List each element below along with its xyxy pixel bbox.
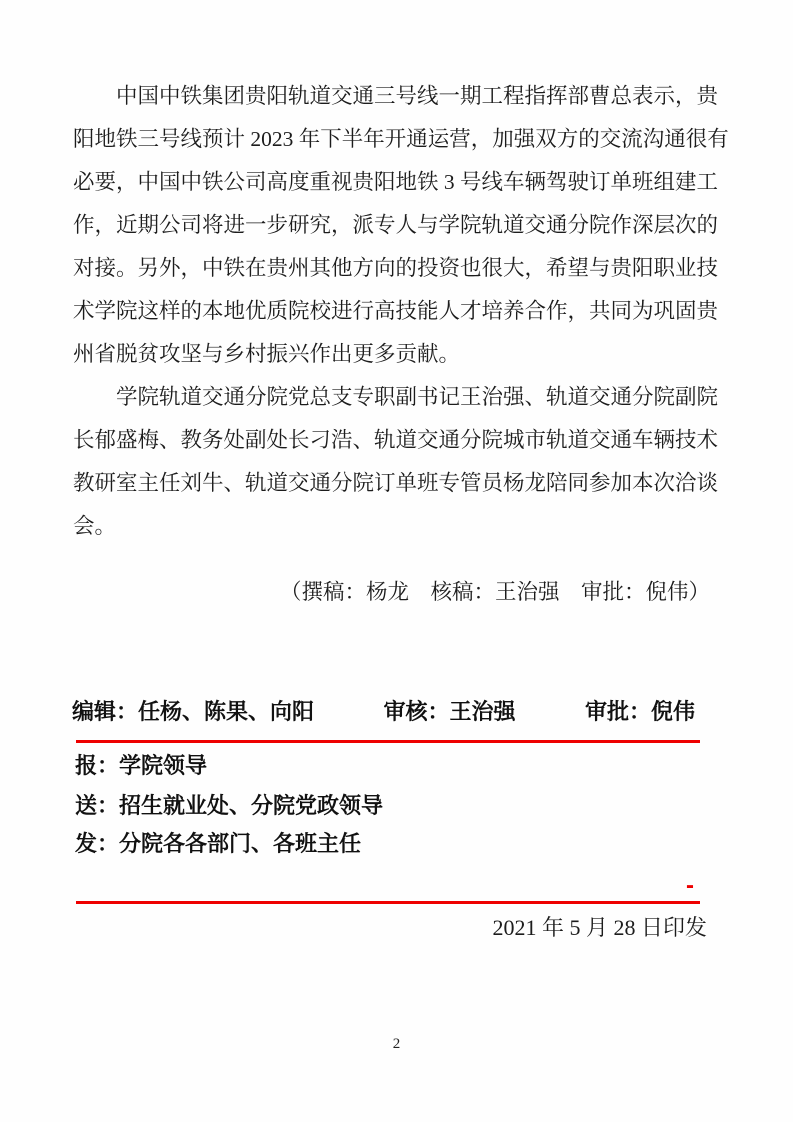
editor-field: 编辑：任杨、陈果、向阳 xyxy=(72,689,314,734)
page-number: 2 xyxy=(0,1034,793,1054)
paragraph-1-line: 州省脱贫攻坚与乡村振兴作出更多贡献。 xyxy=(73,333,713,376)
paragraph-2: 学院轨道交通分院党总支专职副书记王治强、轨道交通分院副院 长郁盛梅、教务处副处长… xyxy=(73,376,713,548)
paragraph-2-line: 长郁盛梅、教务处副处长刁浩、轨道交通分院城市轨道交通车辆技术 xyxy=(73,419,713,462)
colophon-editor-row: 编辑：任杨、陈果、向阳 审核：王治强 审批：倪伟 xyxy=(72,689,695,734)
approver-field: 审批：倪伟 xyxy=(585,689,695,734)
paragraph-1-line: 对接。另外，中铁在贵州其他方向的投资也很大，希望与贵阳职业技 xyxy=(73,247,713,290)
paragraph-1-line: 阳地铁三号线预计 2023 年下半年开通运营，加强双方的交流沟通很有 xyxy=(73,118,713,161)
byline: （撰稿：杨龙 核稿：王治强 审批：倪伟） xyxy=(73,571,710,614)
paragraph-1-line: 术学院这样的本地优质院校进行高技能人才培养合作，共同为巩固贵 xyxy=(73,290,713,333)
print-date: 2021 年 5 月 28 日印发 xyxy=(73,906,707,949)
paragraph-1: 中国中铁集团贵阳轨道交通三号线一期工程指挥部曹总表示，贵 阳地铁三号线预计 20… xyxy=(73,75,713,376)
reviewer-field: 审核：王治强 xyxy=(383,689,515,734)
paragraph-1-line: 作，近期公司将进一步研究，派专人与学院轨道交通分院作深层次的 xyxy=(73,204,713,247)
report-to-line: 报：学院领导 xyxy=(75,746,695,786)
paragraph-2-line: 教研室主任刘牛、轨道交通分院订单班专管员杨龙陪同参加本次洽谈 xyxy=(73,462,713,505)
red-rule-bottom xyxy=(76,901,700,904)
issue-to-line: 发：分院各各部门、各班主任 xyxy=(75,824,695,864)
stray-red-dash: - xyxy=(686,874,694,898)
document-page: 中国中铁集团贵阳轨道交通三号线一期工程指挥部曹总表示，贵 阳地铁三号线预计 20… xyxy=(0,0,793,1122)
paragraph-1-line: 中国中铁集团贵阳轨道交通三号线一期工程指挥部曹总表示，贵 xyxy=(73,75,713,118)
paragraph-2-line: 学院轨道交通分院党总支专职副书记王治强、轨道交通分院副院 xyxy=(73,376,713,419)
document-body: 中国中铁集团贵阳轨道交通三号线一期工程指挥部曹总表示，贵 阳地铁三号线预计 20… xyxy=(73,75,713,548)
paragraph-2-line: 会。 xyxy=(73,505,713,548)
paragraph-1-line: 必要，中国中铁公司高度重视贵阳地铁 3 号线车辆驾驶订单班组建工 xyxy=(73,161,713,204)
red-rule-top xyxy=(76,740,700,743)
send-to-line: 送：招生就业处、分院党政领导 xyxy=(75,786,695,826)
